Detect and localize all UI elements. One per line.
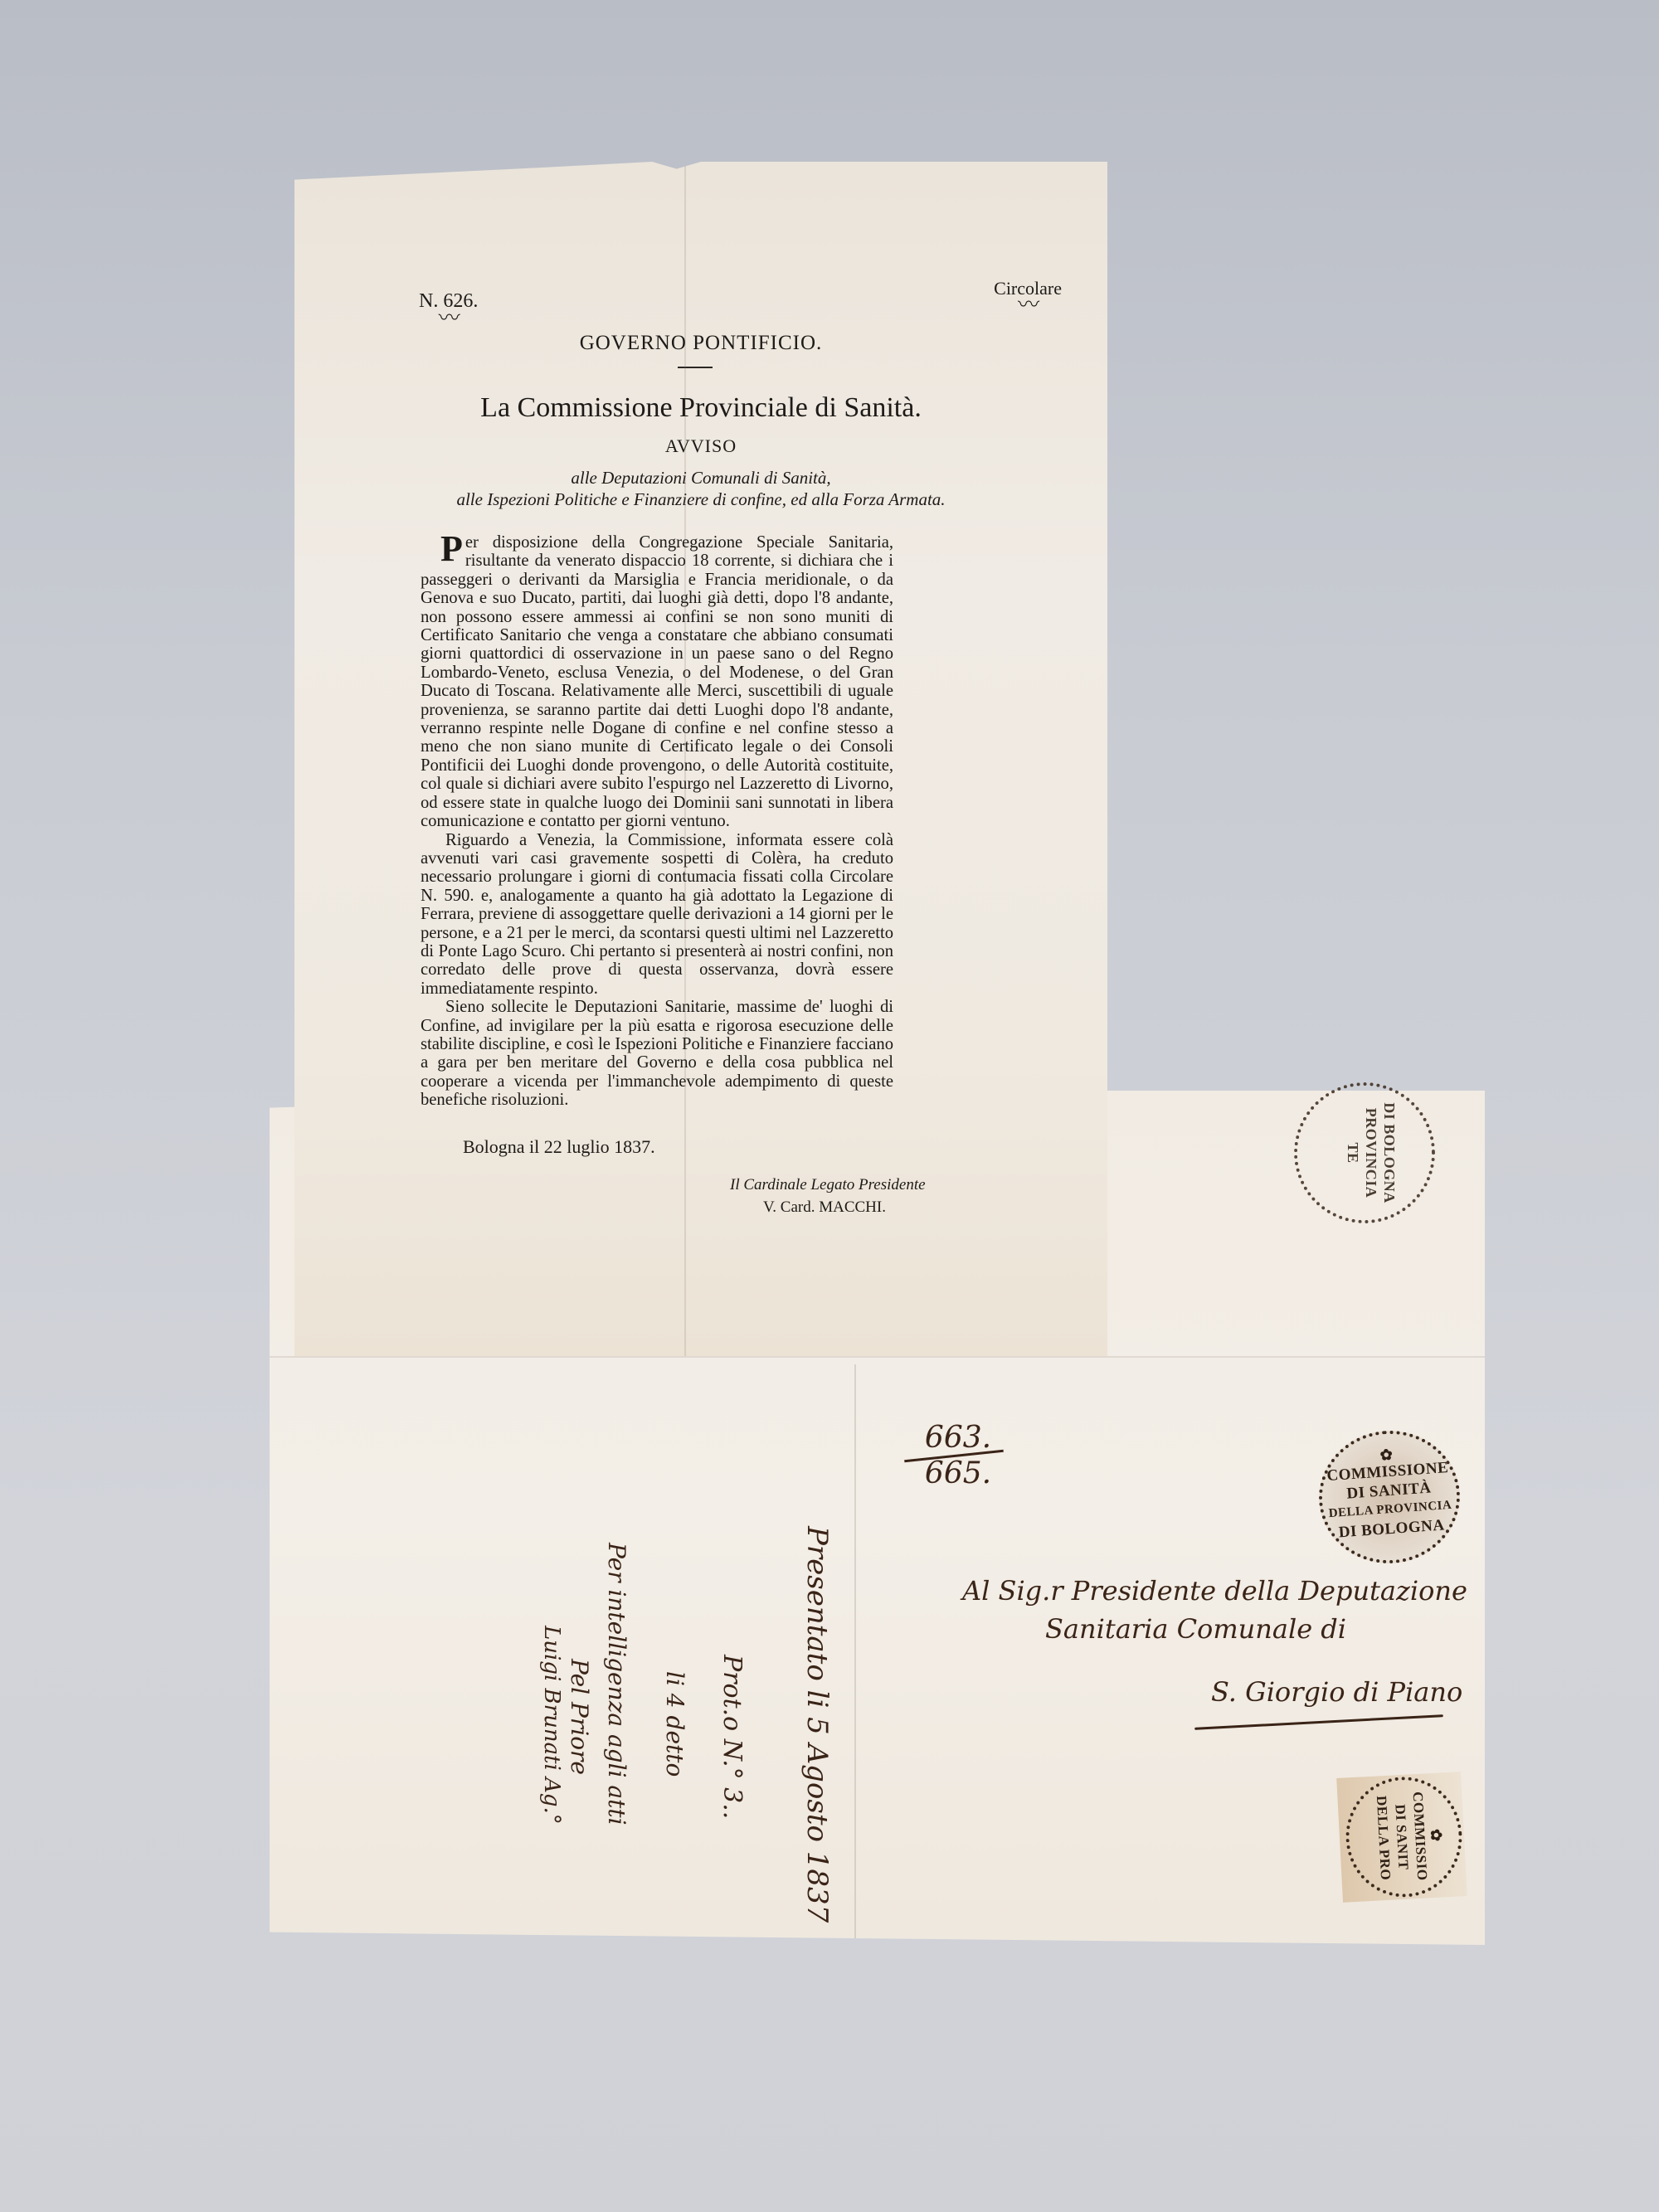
- annotation-line-2: li 4 detto: [661, 1671, 688, 1777]
- place-and-date: Bologna il 22 luglio 1837.: [463, 1136, 655, 1158]
- circular-number: N. 626. 〰: [419, 290, 478, 324]
- received-note: Presentato li 5 Agosto 1837: [800, 1526, 834, 1923]
- issuer-title: La Commissione Provinciale di Sanità.: [294, 392, 1107, 424]
- printed-circular: N. 626. 〰 Circolare 〰 GOVERNO PONTIFICIO…: [294, 162, 1107, 1356]
- protocol-number-fraction: 663. 665.: [912, 1423, 1004, 1489]
- signature-name: V. Card. MACCHI.: [763, 1198, 886, 1217]
- fold-crease-vertical: [854, 1364, 856, 1945]
- fold-crease-horizontal: [270, 1356, 1485, 1358]
- stamp-line: TE: [1344, 1086, 1362, 1220]
- handwritten-address: Al Sig.r Presidente della Deputazione Sa…: [962, 1572, 1467, 1711]
- paragraph-2: Riguardo a Venezia, la Commissione, info…: [421, 831, 893, 999]
- addressee-line-2: alle Ispezioni Politiche e Finanziere di…: [294, 489, 1107, 510]
- annotation-line-4: Pel Priore: [566, 1659, 593, 1775]
- annotation-line-3: Per intelligenza agli atti: [603, 1543, 630, 1826]
- partial-seal-stamp-bottom: ✿ COMMISSIO DI SANIT DELLA PRO: [1343, 1774, 1465, 1900]
- address-line-3: S. Giorgio di Piano: [962, 1648, 1467, 1711]
- protocol-number-bottom: 665.: [925, 1456, 991, 1490]
- annotation-line-5: Luigi Brunati Ag.°: [539, 1626, 564, 1825]
- seal-paper-patch: ✿ COMMISSIO DI SANIT DELLA PRO: [1336, 1772, 1467, 1903]
- address-line-2: Sanitaria Comunale di: [962, 1610, 1467, 1648]
- address-line-1: Al Sig.r Presidente della Deputazione: [962, 1572, 1467, 1610]
- partial-seal-stamp-top: DI BOLOGNA PROVINCIA TE: [1294, 1082, 1435, 1223]
- addressees: alle Deputazioni Comunali di Sanità, all…: [294, 467, 1107, 510]
- notice-label: AVVISO: [294, 435, 1107, 457]
- paragraph-1: Per disposizione della Congregazione Spe…: [421, 533, 893, 831]
- signature-title: Il Cardinale Legato Presidente: [730, 1176, 926, 1194]
- heading-rule: [678, 367, 713, 368]
- government-heading: GOVERNO PONTIFICIO.: [294, 332, 1107, 355]
- addressee-line-1: alle Deputazioni Comunali di Sanità,: [294, 467, 1107, 489]
- paragraph-1-text: er disposizione della Congregazione Spec…: [421, 533, 893, 830]
- stamp-line: DI BOLOGNA: [1380, 1086, 1399, 1220]
- drop-cap: P: [440, 535, 463, 563]
- notice-body: Per disposizione della Congregazione Spe…: [421, 533, 893, 1110]
- paragraph-3: Sieno sollecite le Deputazioni Sanitarie…: [421, 998, 893, 1109]
- stamp-line: PROVINCIA: [1362, 1086, 1380, 1220]
- ornament-squiggle: 〰: [419, 313, 478, 324]
- annotation-line-1: Prot.o N.° 3..: [718, 1655, 747, 1819]
- protocol-number-top: 663.: [925, 1421, 991, 1455]
- ornament-squiggle: 〰: [994, 299, 1062, 311]
- circular-type: Circolare 〰: [994, 278, 1062, 311]
